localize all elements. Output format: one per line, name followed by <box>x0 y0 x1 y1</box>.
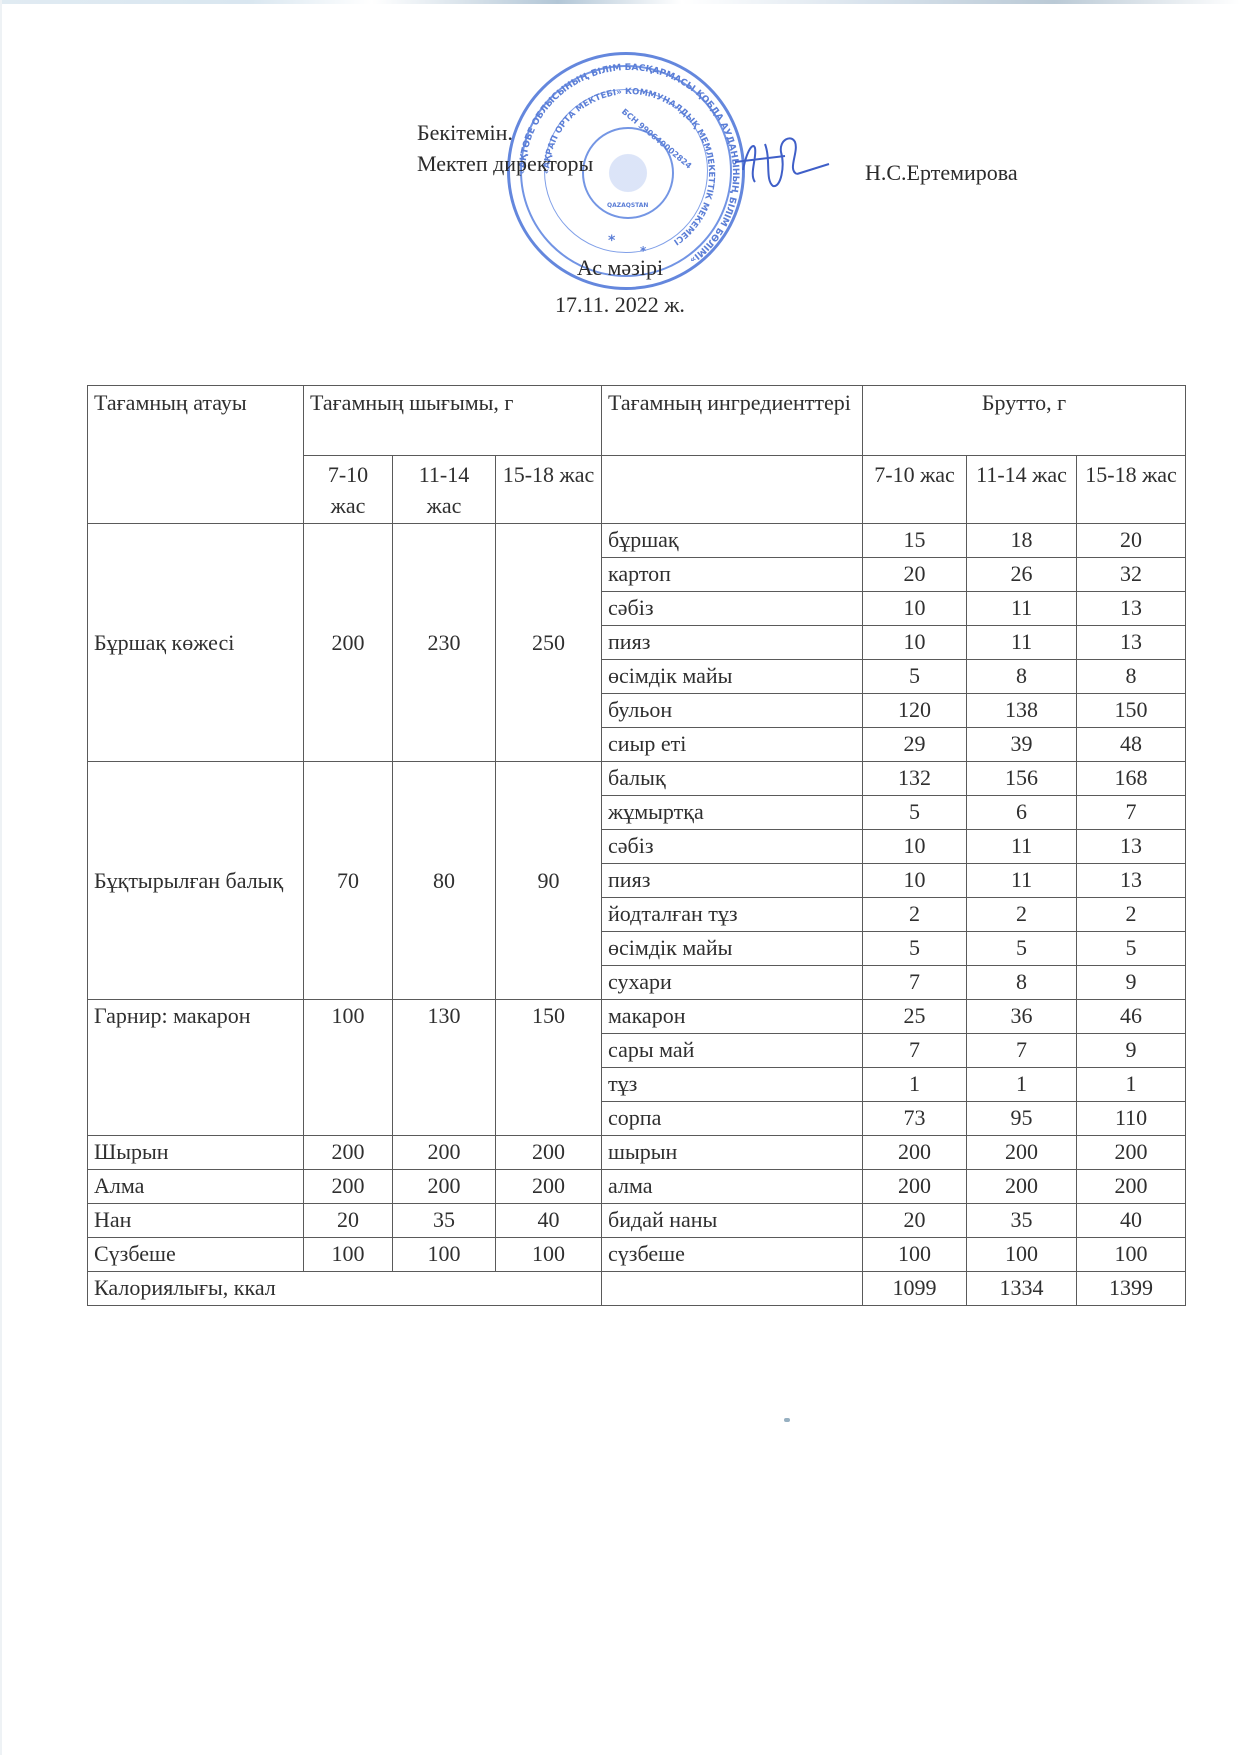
table-row: Нан203540бидай наны203540 <box>88 1204 1186 1238</box>
ingredient-name: бұршақ <box>602 524 863 558</box>
calories-label: Калориялығы, ккал <box>88 1272 602 1306</box>
ingredient-brutto: 36 <box>967 1000 1077 1034</box>
ingredient-brutto: 9 <box>1077 1034 1186 1068</box>
ingredient-brutto: 10 <box>863 864 967 898</box>
menu-date: 17.11. 2022 ж. <box>0 292 1240 318</box>
yield-age-15-18: 15-18 жас <box>496 456 602 524</box>
ingredient-name: сорпа <box>602 1102 863 1136</box>
ingredient-brutto: 138 <box>967 694 1077 728</box>
ingredient-brutto: 8 <box>967 660 1077 694</box>
ingredient-brutto: 26 <box>967 558 1077 592</box>
ingredient-brutto: 100 <box>1077 1238 1186 1272</box>
dish-yield: 40 <box>496 1204 602 1238</box>
dish-yield: 200 <box>393 1136 496 1170</box>
ingredient-brutto: 13 <box>1077 626 1186 660</box>
dish-yield: 100 <box>496 1238 602 1272</box>
ingredient-brutto: 32 <box>1077 558 1186 592</box>
ingredient-name: макарон <box>602 1000 863 1034</box>
ingredient-brutto: 13 <box>1077 830 1186 864</box>
ingredient-name: өсімдік майы <box>602 932 863 966</box>
ingredient-name: жұмыртқа <box>602 796 863 830</box>
ingredient-brutto: 7 <box>863 1034 967 1068</box>
calories-empty <box>602 1272 863 1306</box>
dish-yield: 100 <box>304 1000 393 1136</box>
dish-name: Нан <box>88 1204 304 1238</box>
dish-yield: 20 <box>304 1204 393 1238</box>
ingredient-brutto: 2 <box>967 898 1077 932</box>
ingredient-name: картоп <box>602 558 863 592</box>
director-name: Н.С.Ертемирова <box>865 160 1018 186</box>
ingredient-brutto: 5 <box>863 796 967 830</box>
dish-yield: 200 <box>304 1136 393 1170</box>
ingredient-brutto: 73 <box>863 1102 967 1136</box>
ingredient-brutto: 39 <box>967 728 1077 762</box>
ingredient-brutto: 7 <box>967 1034 1077 1068</box>
ingredient-brutto: 6 <box>967 796 1077 830</box>
director-signature <box>725 130 835 190</box>
ingredient-brutto: 7 <box>1077 796 1186 830</box>
ingredient-brutto: 29 <box>863 728 967 762</box>
ingredient-brutto: 156 <box>967 762 1077 796</box>
ingredient-brutto: 1 <box>967 1068 1077 1102</box>
ingredient-name: шырын <box>602 1136 863 1170</box>
ingredient-brutto: 200 <box>1077 1136 1186 1170</box>
table-header-row: Тағамның атауы Тағамның шығымы, г Тағамн… <box>88 386 1186 456</box>
dish-yield: 200 <box>496 1170 602 1204</box>
ingredient-name: сиыр еті <box>602 728 863 762</box>
ingredient-name: сары май <box>602 1034 863 1068</box>
dish-yield: 80 <box>393 762 496 1000</box>
ingredient-name: пияз <box>602 864 863 898</box>
dish-name: Гарнир: макарон <box>88 1000 304 1136</box>
calories-value: 1399 <box>1077 1272 1186 1306</box>
ingredient-brutto: 95 <box>967 1102 1077 1136</box>
ingredient-brutto: 11 <box>967 626 1077 660</box>
ingredient-brutto: 2 <box>863 898 967 932</box>
header-brutto: Брутто, г <box>863 386 1186 456</box>
ingredients-subheader-empty <box>602 456 863 524</box>
dish-name: Сүзбеше <box>88 1238 304 1272</box>
ingredient-brutto: 48 <box>1077 728 1186 762</box>
ingredient-brutto: 20 <box>863 1204 967 1238</box>
menu-table: Тағамның атауы Тағамның шығымы, г Тағамн… <box>87 385 1186 1306</box>
header-dish-yield: Тағамның шығымы, г <box>304 386 602 456</box>
ingredient-brutto: 10 <box>863 626 967 660</box>
ingredient-brutto: 5 <box>863 660 967 694</box>
ingredient-brutto: 11 <box>967 592 1077 626</box>
dish-name: Шырын <box>88 1136 304 1170</box>
ingredient-brutto: 18 <box>967 524 1077 558</box>
ingredient-brutto: 13 <box>1077 592 1186 626</box>
ingredient-brutto: 25 <box>863 1000 967 1034</box>
table-row: Гарнир: макарон100130150макарон253646 <box>88 1000 1186 1034</box>
ingredient-name: тұз <box>602 1068 863 1102</box>
table-row: Алма200200200алма200200200 <box>88 1170 1186 1204</box>
dish-yield: 200 <box>496 1136 602 1170</box>
ingredient-brutto: 5 <box>863 932 967 966</box>
dish-yield: 200 <box>393 1170 496 1204</box>
ingredient-name: сәбіз <box>602 830 863 864</box>
scan-edge <box>0 0 1240 4</box>
ingredient-brutto: 8 <box>1077 660 1186 694</box>
ingredient-brutto: 168 <box>1077 762 1186 796</box>
ingredient-brutto: 200 <box>967 1136 1077 1170</box>
dish-name: Бұршақ көжесі <box>88 524 304 762</box>
yield-age-7-10: 7-10 жас <box>304 456 393 524</box>
ingredient-brutto: 10 <box>863 830 967 864</box>
table-row: Шырын200200200шырын200200200 <box>88 1136 1186 1170</box>
dish-yield: 100 <box>393 1238 496 1272</box>
brutto-age-15-18: 15-18 жас <box>1077 456 1186 524</box>
ingredient-brutto: 200 <box>863 1136 967 1170</box>
ingredient-brutto: 11 <box>967 830 1077 864</box>
dish-name: Алма <box>88 1170 304 1204</box>
ingredient-name: сухари <box>602 966 863 1000</box>
table-row: Сүзбеше100100100сүзбеше100100100 <box>88 1238 1186 1272</box>
brutto-age-7-10: 7-10 жас <box>863 456 967 524</box>
brutto-age-11-14: 11-14 жас <box>967 456 1077 524</box>
dish-yield: 230 <box>393 524 496 762</box>
ingredient-name: алма <box>602 1170 863 1204</box>
svg-text:*: * <box>608 233 616 249</box>
ingredient-brutto: 100 <box>967 1238 1077 1272</box>
dish-yield: 250 <box>496 524 602 762</box>
ingredient-name: балық <box>602 762 863 796</box>
dish-yield: 150 <box>496 1000 602 1136</box>
ingredient-brutto: 150 <box>1077 694 1186 728</box>
ingredient-brutto: 200 <box>863 1170 967 1204</box>
director-title: Мектеп директоры <box>417 148 593 179</box>
ingredient-name: сүзбеше <box>602 1238 863 1272</box>
ingredient-brutto: 7 <box>863 966 967 1000</box>
calories-value: 1334 <box>967 1272 1077 1306</box>
ingredient-brutto: 5 <box>1077 932 1186 966</box>
header-ingredients: Тағамның ингредиенттері <box>602 386 863 456</box>
ingredient-brutto: 10 <box>863 592 967 626</box>
table-row: Бұқтырылған балық708090балық132156168 <box>88 762 1186 796</box>
ingredient-name: сәбіз <box>602 592 863 626</box>
approval-label: Бекітемін. <box>417 117 593 148</box>
ingredient-name: өсімдік майы <box>602 660 863 694</box>
ingredient-brutto: 200 <box>1077 1170 1186 1204</box>
ingredient-brutto: 2 <box>1077 898 1186 932</box>
dish-yield: 70 <box>304 762 393 1000</box>
ingredient-name: йодталған тұз <box>602 898 863 932</box>
yield-age-11-14: 11-14 жас <box>393 456 496 524</box>
page-title: Ас мәзірі <box>0 255 1240 281</box>
ingredient-brutto: 8 <box>967 966 1077 1000</box>
ingredient-brutto: 5 <box>967 932 1077 966</box>
header-dish-name: Тағамның атауы <box>88 386 304 524</box>
dish-yield: 35 <box>393 1204 496 1238</box>
ingredient-brutto: 200 <box>967 1170 1077 1204</box>
ingredient-brutto: 11 <box>967 864 1077 898</box>
calories-row: Калориялығы, ккал109913341399 <box>88 1272 1186 1306</box>
dish-yield: 100 <box>304 1238 393 1272</box>
ingredient-brutto: 40 <box>1077 1204 1186 1238</box>
ingredient-name: бульон <box>602 694 863 728</box>
stamp-emblem-label: QAZAQSTAN <box>607 202 648 209</box>
ingredient-brutto: 1 <box>1077 1068 1186 1102</box>
ingredient-brutto: 15 <box>863 524 967 558</box>
dish-yield: 200 <box>304 524 393 762</box>
ingredient-brutto: 13 <box>1077 864 1186 898</box>
dish-name: Бұқтырылған балық <box>88 762 304 1000</box>
ingredient-brutto: 1 <box>863 1068 967 1102</box>
dish-yield: 90 <box>496 762 602 1000</box>
dish-yield: 200 <box>304 1170 393 1204</box>
table-row: Бұршақ көжесі200230250бұршақ151820 <box>88 524 1186 558</box>
ingredient-brutto: 120 <box>863 694 967 728</box>
ingredient-brutto: 9 <box>1077 966 1186 1000</box>
calories-value: 1099 <box>863 1272 967 1306</box>
dish-yield: 130 <box>393 1000 496 1136</box>
ingredient-brutto: 35 <box>967 1204 1077 1238</box>
ingredient-brutto: 20 <box>863 558 967 592</box>
ingredient-brutto: 46 <box>1077 1000 1186 1034</box>
ingredient-name: пияз <box>602 626 863 660</box>
ingredient-brutto: 20 <box>1077 524 1186 558</box>
ingredient-brutto: 110 <box>1077 1102 1186 1136</box>
ingredient-brutto: 132 <box>863 762 967 796</box>
ingredient-name: бидай наны <box>602 1204 863 1238</box>
approval-block: Бекітемін. Мектеп директоры <box>417 117 593 179</box>
ingredient-brutto: 100 <box>863 1238 967 1272</box>
scan-speck <box>784 1418 790 1422</box>
